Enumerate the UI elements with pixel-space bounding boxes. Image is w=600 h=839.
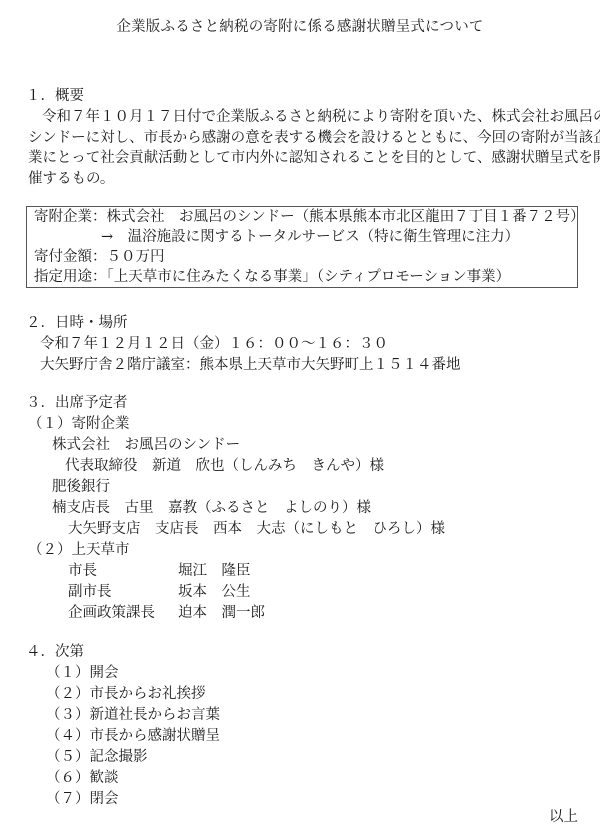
company2-person1: 楠支店長 古里 嘉教（ふるさと よしのり）様	[52, 498, 371, 518]
overview-line: シンドーに対し、市長から感謝の意を表する機会を設けるとともに、今回の寄附が当該企	[28, 128, 578, 149]
use-row: 指定用途：「上天草市に住みたくなる事業」（シティプロモーション事業）	[34, 267, 510, 287]
section1-heading: １．概要	[26, 86, 84, 106]
event-place: 大矢野庁舎２階庁議室：熊本県上天草市大矢野町上１５１４番地	[40, 355, 461, 375]
section4-heading: ４．次第	[26, 642, 84, 662]
overview-paragraph: 令和７年１０月１７日付で企業版ふるさと納税により寄附を頂いた、株式会社お風呂の …	[28, 107, 578, 189]
agenda-item: （１）開会	[46, 663, 119, 683]
document-title: 企業版ふるさと納税の寄附に係る感謝状贈呈式について	[0, 15, 600, 36]
section3-heading: ３．出席予定者	[26, 393, 128, 413]
member-name: 坂本 公生	[178, 582, 251, 602]
amount-row: 寄付金額：５０万円	[34, 247, 165, 267]
company1-name: 株式会社 お風呂のシンドー	[52, 435, 240, 455]
company1-person: 代表取締役 新道 欣也（しんみち きんや）様	[65, 456, 384, 476]
group1-label: （１）寄附企業	[28, 414, 130, 434]
closing-mark: 以上	[549, 805, 578, 826]
agenda-item: （３）新道社長からお言葉	[46, 705, 220, 725]
agenda-item: （４）市長から感謝状贈呈	[46, 726, 220, 746]
use-label: 指定用途：	[34, 269, 107, 285]
overview-line: 業にとって社会貢献活動として市内外に認知されることを目的として、感謝状贈呈式を開	[28, 148, 578, 169]
amount-label: 寄付金額：	[34, 249, 107, 265]
agenda-item: （７）閉会	[46, 789, 119, 809]
document-page: 企業版ふるさと納税の寄附に係る感謝状贈呈式について １．概要 令和７年１０月１７…	[0, 0, 600, 839]
amount-value: ５０万円	[107, 249, 165, 265]
donation-info-box: 寄附企業：株式会社 お風呂のシンドー（熊本県熊本市北区龍田７丁目１番７２号） →…	[26, 206, 578, 288]
donor-note: → 温浴施設に関するトータルサービス（特に衛生管理に注力）	[101, 227, 519, 247]
use-value: 「上天草市に住みたくなる事業」（シティプロモーション事業）	[107, 269, 511, 285]
donor-value: 株式会社 お風呂のシンドー（熊本県熊本市北区龍田７丁目１番７２号）	[107, 209, 585, 225]
overview-line: 令和７年１０月１７日付で企業版ふるさと納税により寄附を頂いた、株式会社お風呂の	[28, 107, 578, 128]
company2-name: 肥後銀行	[52, 477, 110, 497]
group2-label: （２）上天草市	[28, 540, 130, 560]
company2-person2: 大矢野支店 支店長 西本 大志（にしもと ひろし）様	[68, 519, 445, 539]
member-role: 企画政策課長	[68, 603, 155, 623]
agenda-item: （２）市長からお礼挨拶	[46, 684, 206, 704]
member-role: 市長	[68, 561, 97, 581]
member-name: 堀江 隆臣	[178, 561, 251, 581]
event-datetime: 令和７年１２月１２日（金）１６：００～１６：３０	[40, 334, 388, 354]
agenda-item: （６）歓談	[46, 768, 119, 788]
agenda-item: （５）記念撮影	[46, 747, 148, 767]
member-name: 迫本 潤一郎	[178, 603, 265, 623]
donor-label: 寄附企業：	[34, 209, 107, 225]
overview-line: 催するもの。	[28, 169, 578, 190]
donor-row: 寄附企業：株式会社 お風呂のシンドー（熊本県熊本市北区龍田７丁目１番７２号）	[34, 207, 585, 227]
member-role: 副市長	[68, 582, 112, 602]
section2-heading: ２．日時・場所	[26, 313, 128, 333]
